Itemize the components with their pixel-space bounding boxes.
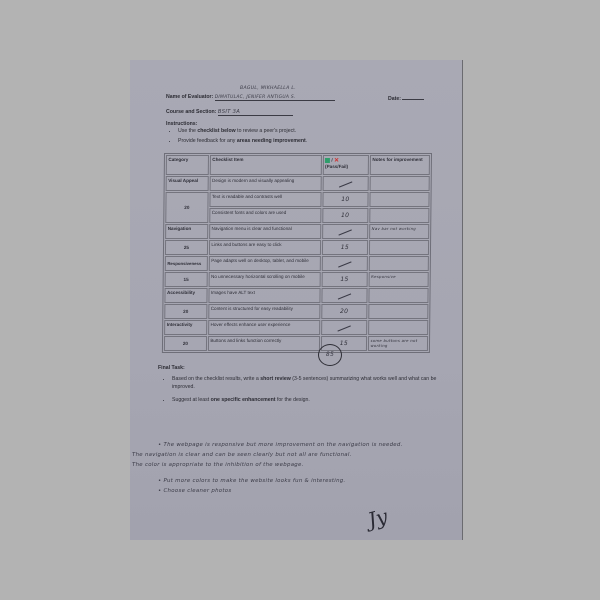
final-task-label: Final Task: xyxy=(158,365,185,371)
handwritten-review: • The webpage is responsive but more imp… xyxy=(130,440,463,496)
instruction-item: Use the checklist below to review a peer… xyxy=(178,128,428,134)
table-row: 25 Links and buttons are easy to click 1… xyxy=(165,240,429,255)
review-line: The navigation is clear and can be seen … xyxy=(130,450,463,460)
date-value xyxy=(402,94,424,100)
header-checklist-item: Checklist Item xyxy=(210,155,322,175)
header-notes: Notes for improvement xyxy=(370,155,430,175)
table-row: 20 Text is readable and contrasts well 1… xyxy=(165,192,429,207)
table-header-row: Category Checklist Item / ✕ (Pass/Fail) … xyxy=(166,155,430,175)
table-row: Responsiveness Page adapts well on deskt… xyxy=(165,256,429,271)
course-label: Course and Section: xyxy=(166,109,216,115)
final-task-item: Suggest at least one specific enhancemen… xyxy=(172,396,457,404)
instructions-list: Use the checklist below to review a peer… xyxy=(166,128,428,144)
check-mark-icon xyxy=(338,229,351,235)
suggestion-line: • Choose cleaner photos xyxy=(130,486,463,496)
table-row: Interactivity Hover effects enhance user… xyxy=(164,320,428,335)
table-row: Accessibility Images have ALT text xyxy=(164,288,428,303)
table-row: 15 No unnecessary horizontal scrolling o… xyxy=(165,272,429,287)
suggestion-line: • Put more colors to make the website lo… xyxy=(130,476,463,486)
course-value: BSIT 3A xyxy=(218,109,293,116)
evaluator-row: Name of Evaluator: DIMATULAC, JENIFER AN… xyxy=(166,94,335,101)
header-pass-fail: / ✕ (Pass/Fail) xyxy=(322,155,368,175)
evaluation-sheet: BAGUL, MIKHAELLA L. Name of Evaluator: D… xyxy=(130,60,463,540)
checklist-table: Category Checklist Item / ✕ (Pass/Fail) … xyxy=(162,153,432,353)
review-line: The color is appropriate to the inhibiti… xyxy=(130,460,463,470)
final-task-list: Based on the checklist results, write a … xyxy=(162,375,457,409)
date-label: Date: xyxy=(388,96,401,102)
check-mark-icon xyxy=(337,325,350,331)
evaluator-value: DIMATULAC, JENIFER ANTIGUA S. xyxy=(215,95,335,101)
student-name-handwritten: BAGUL, MIKHAELLA L. xyxy=(240,86,296,91)
course-row: Course and Section: BSIT 3A xyxy=(166,109,293,116)
table-row: 20 Buttons and links function correctly … xyxy=(164,336,428,351)
header-category: Category xyxy=(166,155,209,175)
check-mark-icon xyxy=(338,293,351,299)
instructions-label: Instructions: xyxy=(166,121,197,127)
date-row: Date: xyxy=(388,94,424,102)
evaluator-label: Name of Evaluator: xyxy=(166,94,213,100)
final-task-item: Based on the checklist results, write a … xyxy=(172,375,457,391)
check-mark-icon xyxy=(339,181,352,187)
check-box-icon xyxy=(325,158,330,163)
table-row: 20 Content is structured for easy readab… xyxy=(164,304,428,319)
check-mark-icon xyxy=(338,261,351,267)
table-row: Navigation Navigation menu is clear and … xyxy=(165,224,429,239)
instruction-item: Provide feedback for any areas needing i… xyxy=(178,138,428,144)
table-row: Visual Appeal Design is modern and visua… xyxy=(166,176,430,191)
total-score-circled: 85 xyxy=(318,344,342,366)
review-line: • The webpage is responsive but more imp… xyxy=(130,440,463,450)
signature: Jy xyxy=(365,504,390,532)
